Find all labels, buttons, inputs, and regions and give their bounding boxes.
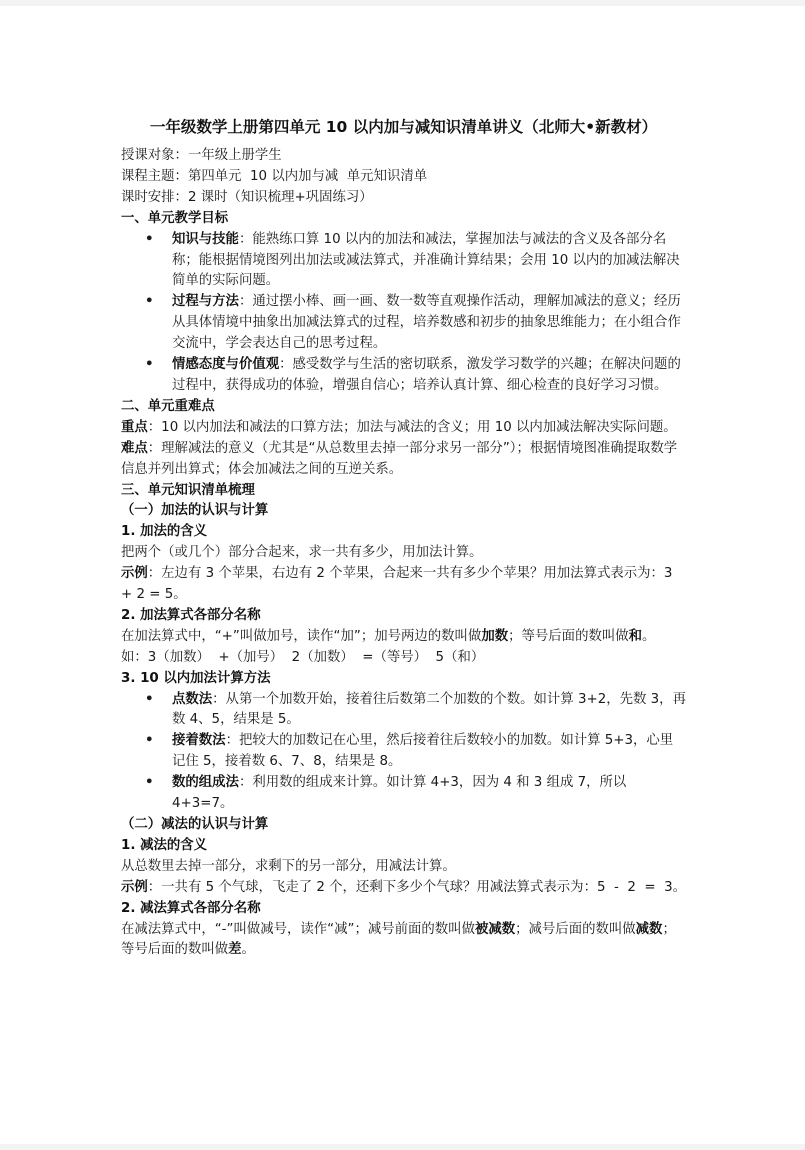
addition-methods-heading: 3. 10 以内加法计算方法 <box>121 669 686 690</box>
bullet-icon: • <box>145 731 154 752</box>
difficulty-term: 难点 <box>121 441 148 456</box>
difficulty-text: ：理解减法的意义（尤其是“从总数里去掉一部分求另一部分”）；根据情境图准确提取数… <box>121 441 677 477</box>
parts-text: 。 <box>242 942 255 957</box>
addition-methods-list: •点数法：从第一个加数开始，接着往后数第二个加数的个数。如计算 3+2，先数 3… <box>121 690 686 815</box>
section-heading-knowledge: 三、单元知识清单梳理 <box>121 481 686 502</box>
bullet-icon: • <box>145 773 154 794</box>
document-title: 一年级数学上册第四单元 10 以内加与减知识清单讲义（北师大•新教材） <box>111 116 696 138</box>
subtraction-example: 示例：一共有 5 个气球，飞走了 2 个，还剩下多少个气球？用减法算式表示为：5… <box>121 878 686 899</box>
list-item: •情感态度与价值观：感受数学与生活的密切联系，激发学习数学的兴趣；在解决问题的过… <box>121 355 686 397</box>
list-item: •过程与方法：通过摆小棒、画一画、数一数等直观操作活动，理解加减法的意义；经历从… <box>121 292 686 355</box>
bullet-icon: • <box>145 230 154 251</box>
method-term: 接着数法 <box>172 733 226 748</box>
key-point-text: ：10 以内加法和减法的口算方法；加法与减法的含义；用 10 以内加减法解决实际… <box>148 420 677 435</box>
goals-list: •知识与技能：能熟练口算 10 以内的加法和减法，掌握加法与减法的含义及各部分名… <box>121 230 686 397</box>
parts-term: 减数 <box>636 922 663 937</box>
method-term: 数的组成法 <box>172 775 239 790</box>
method-text: ：从第一个加数开始，接着往后数第二个加数的个数。如计算 3+2，先数 3，再数 … <box>172 692 686 728</box>
key-point-term: 重点 <box>121 420 148 435</box>
item-term: 知识与技能 <box>172 232 239 247</box>
subsection-heading-addition: （一）加法的认识与计算 <box>121 501 686 522</box>
meta-schedule: 课时安排：2 课时（知识梳理+巩固练习） <box>121 188 686 209</box>
subtraction-meaning-text: 从总数里去掉一部分，求剩下的另一部分，用减法计算。 <box>121 857 686 878</box>
meta-label: 授课对象： <box>121 148 188 163</box>
list-item: •接着数法：把较大的加数记在心里，然后接着往后数较小的加数。如计算 5+3，心里… <box>121 731 686 773</box>
item-term: 过程与方法 <box>172 294 239 309</box>
list-item: •数的组成法：利用数的组成来计算。如计算 4+3，因为 4 和 3 组成 7，所… <box>121 773 686 815</box>
meta-value: 第四单元 10 以内加与减 单元知识清单 <box>188 169 427 184</box>
meta-audience: 授课对象：一年级上册学生 <box>121 146 686 167</box>
parts-text: 在加法算式中，“+”叫做加号，读作“加”；加号两边的数叫做 <box>121 629 481 644</box>
addition-parts-example: 如：3（加数） +（加号） 2（加数） =（等号） 5（和） <box>121 648 686 669</box>
method-term: 点数法 <box>172 692 212 707</box>
parts-text: ；减号后面的数叫做 <box>515 922 636 937</box>
item-term: 情感态度与价值观 <box>172 357 279 372</box>
example-text: ：一共有 5 个气球，飞走了 2 个，还剩下多少个气球？用减法算式表示为：5 -… <box>148 880 686 895</box>
key-point-paragraph: 重点：10 以内加法和减法的口算方法；加法与减法的含义；用 10 以内加减法解决… <box>121 418 686 439</box>
parts-term: 加数 <box>481 629 508 644</box>
difficulty-paragraph: 难点：理解减法的意义（尤其是“从总数里去掉一部分求另一部分”）；根据情境图准确提… <box>121 439 686 481</box>
parts-term: 被减数 <box>475 922 515 937</box>
addition-parts-text: 在加法算式中，“+”叫做加号，读作“加”；加号两边的数叫做加数；等号后面的数叫做… <box>121 627 686 648</box>
example-term: 示例 <box>121 566 148 581</box>
addition-example: 示例：左边有 3 个苹果，右边有 2 个苹果，合起来一共有多少个苹果？用加法算式… <box>121 564 686 606</box>
item-text: ：能熟练口算 10 以内的加法和减法，掌握加法与减法的含义及各部分名称；能根据情… <box>172 232 680 289</box>
parts-term: 差 <box>228 942 241 957</box>
item-text: ：通过摆小棒、画一画、数一数等直观操作活动，理解加减法的意义；经历从具体情境中抽… <box>172 294 681 351</box>
method-text: ：把较大的加数记在心里，然后接着往后数较小的加数。如计算 5+3，心里记住 5，… <box>172 733 673 769</box>
example-text: ：左边有 3 个苹果，右边有 2 个苹果，合起来一共有多少个苹果？用加法算式表示… <box>121 566 672 602</box>
example-term: 示例 <box>121 880 148 895</box>
document-content: 一年级数学上册第四单元 10 以内加与减知识清单讲义（北师大•新教材） 授课对象… <box>121 116 686 961</box>
subtraction-parts-heading: 2. 减法算式各部分名称 <box>121 899 686 920</box>
bullet-icon: • <box>145 690 154 711</box>
subtraction-meaning-heading: 1. 减法的含义 <box>121 836 686 857</box>
document-page: 一年级数学上册第四单元 10 以内加与减知识清单讲义（北师大•新教材） 授课对象… <box>0 6 805 1144</box>
parts-text: 。 <box>642 629 655 644</box>
addition-meaning-heading: 1. 加法的含义 <box>121 522 686 543</box>
addition-parts-heading: 2. 加法算式各部分名称 <box>121 606 686 627</box>
meta-value: 一年级上册学生 <box>188 148 282 163</box>
subsection-heading-subtraction: （二）减法的认识与计算 <box>121 815 686 836</box>
section-heading-key-points: 二、单元重难点 <box>121 397 686 418</box>
meta-topic: 课程主题：第四单元 10 以内加与减 单元知识清单 <box>121 167 686 188</box>
parts-text: ；等号后面的数叫做 <box>508 629 629 644</box>
section-heading-goals: 一、单元教学目标 <box>121 209 686 230</box>
parts-text: 在减法算式中，“-”叫做减号，读作“减”；减号前面的数叫做 <box>121 922 475 937</box>
list-item: •知识与技能：能熟练口算 10 以内的加法和减法，掌握加法与减法的含义及各部分名… <box>121 230 686 293</box>
bullet-icon: • <box>145 292 154 313</box>
bullet-icon: • <box>145 355 154 376</box>
meta-label: 课程主题： <box>121 169 188 184</box>
meta-value: 2 课时（知识梳理+巩固练习） <box>188 190 373 205</box>
list-item: •点数法：从第一个加数开始，接着往后数第二个加数的个数。如计算 3+2，先数 3… <box>121 690 686 732</box>
subtraction-parts-text: 在减法算式中，“-”叫做减号，读作“减”；减号前面的数叫做被减数；减号后面的数叫… <box>121 920 686 962</box>
parts-term: 和 <box>629 629 642 644</box>
addition-meaning-text: 把两个（或几个）部分合起来，求一共有多少，用加法计算。 <box>121 543 686 564</box>
method-text: ：利用数的组成来计算。如计算 4+3，因为 4 和 3 组成 7，所以 4+3=… <box>172 775 626 811</box>
meta-label: 课时安排： <box>121 190 188 205</box>
